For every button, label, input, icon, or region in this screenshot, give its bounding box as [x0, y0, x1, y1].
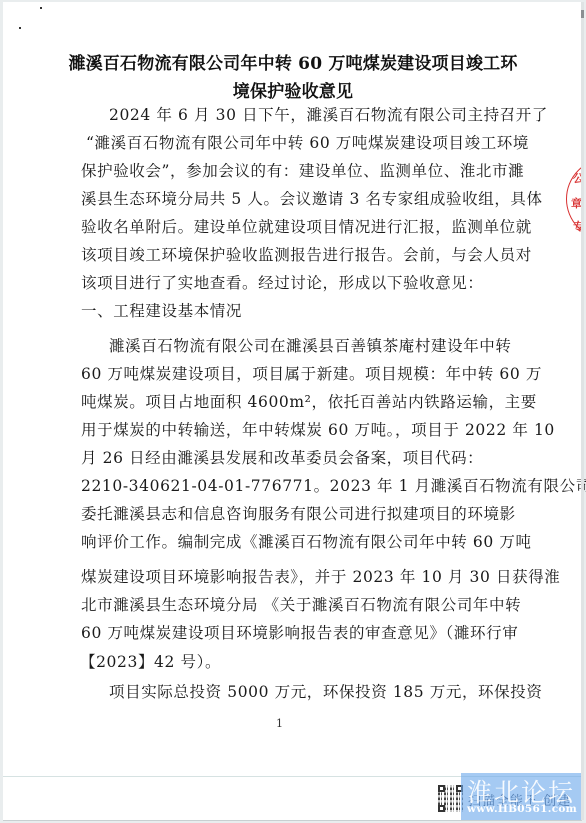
- watermark-url: www.HB0561.com: [467, 803, 577, 815]
- body-line: 响评价工作。编制完成《濉溪百石物流有限公司年中转 60 万吨: [81, 530, 532, 552]
- body-line: 煤炭建设项目环境影响报告表》，并于 2023 年 10 月 30 日获得淮: [81, 565, 560, 587]
- document-title-line-2: 境保护验收意见: [0, 77, 586, 102]
- body-line: 项目实际总投资 5000 万元，环保投资 185 万元，环保投资: [109, 680, 542, 702]
- scan-speck: [40, 7, 42, 9]
- seal-char: 章: [571, 195, 581, 211]
- body-line: “濉溪百石物流有限公司年中转 60 万吨煤炭建设项目竣工环境: [86, 131, 529, 153]
- section-heading: 一、工程建设基本情况: [81, 299, 242, 321]
- body-line: 濉溪百石物流有限公司在濉溪县百善镇茶庵村建设年中转: [109, 334, 512, 356]
- body-line: 验收名单附后。建设单位就建设项目情况进行汇报，监测单位就: [81, 215, 532, 237]
- body-line: 用于煤炭的中转输送，年中转煤炭 60 万吨。，项目于 2022 年 10: [81, 418, 555, 440]
- page-number: 1: [276, 717, 283, 730]
- qr-code-icon: [438, 785, 463, 812]
- body-line: 60 万吨煤炭建设项目环境影响报告表的审查意见》（濉环行审: [81, 621, 518, 643]
- body-line: 保护验收会”，参加会议的有：建设单位、监测单位、淮北市濉: [81, 159, 524, 181]
- body-line: 【2023】42 号）。: [80, 650, 221, 672]
- body-line: 2024 年 6 月 30 日下午，濉溪百石物流有限公司主持召开了: [109, 103, 548, 125]
- body-line: 该项目进行了实地查看。经过讨论，形成以下验收意见：: [81, 271, 484, 293]
- body-line: 溪县生态环境分局共 5 人。会议邀请 3 名专家组成验收组，具体: [81, 187, 543, 209]
- seal-char: 公: [573, 170, 581, 186]
- red-seal-stamp: 公 章 专: [560, 150, 581, 250]
- scrollbar-thumb[interactable]: [581, 10, 584, 18]
- body-line: 委托濉溪县志和信息咨询服务有限公司进行拟建项目的环境影: [81, 502, 516, 524]
- seal-char: 专: [573, 218, 581, 234]
- body-line: 月 26 日经由濉溪县发展和改革委员会备案，项目代码：: [81, 446, 483, 468]
- document-title-line-1: 濉溪百石物流有限公司年中转 60 万吨煤炭建设项目竣工环: [0, 49, 586, 74]
- scan-speck: [19, 27, 21, 29]
- vertical-scrollbar[interactable]: [581, 2, 584, 820]
- body-line: 60 万吨煤炭建设项目，项目属于新建。项目规模：年中转 60 万: [81, 362, 542, 384]
- watermark: 淮北论坛 www.HB0561.com: [461, 773, 583, 820]
- body-line: 北市濉溪县生态环境分局 《关于濉溪百石物流有限公司年中转: [81, 593, 521, 615]
- document-viewer: 濉溪百石物流有限公司年中转 60 万吨煤炭建设项目竣工环 境保护验收意见 202…: [0, 0, 586, 823]
- body-line: 该项目竣工环境保护验收监测报告进行报告。会前，与会人员对: [81, 243, 532, 265]
- body-line: 吨煤炭。项目占地面积 4600m²，依托百善站内铁路运输，主要: [81, 390, 537, 412]
- body-line: 2210-340621-04-01-776771。2023 年 1 月濉溪百石物…: [81, 474, 586, 496]
